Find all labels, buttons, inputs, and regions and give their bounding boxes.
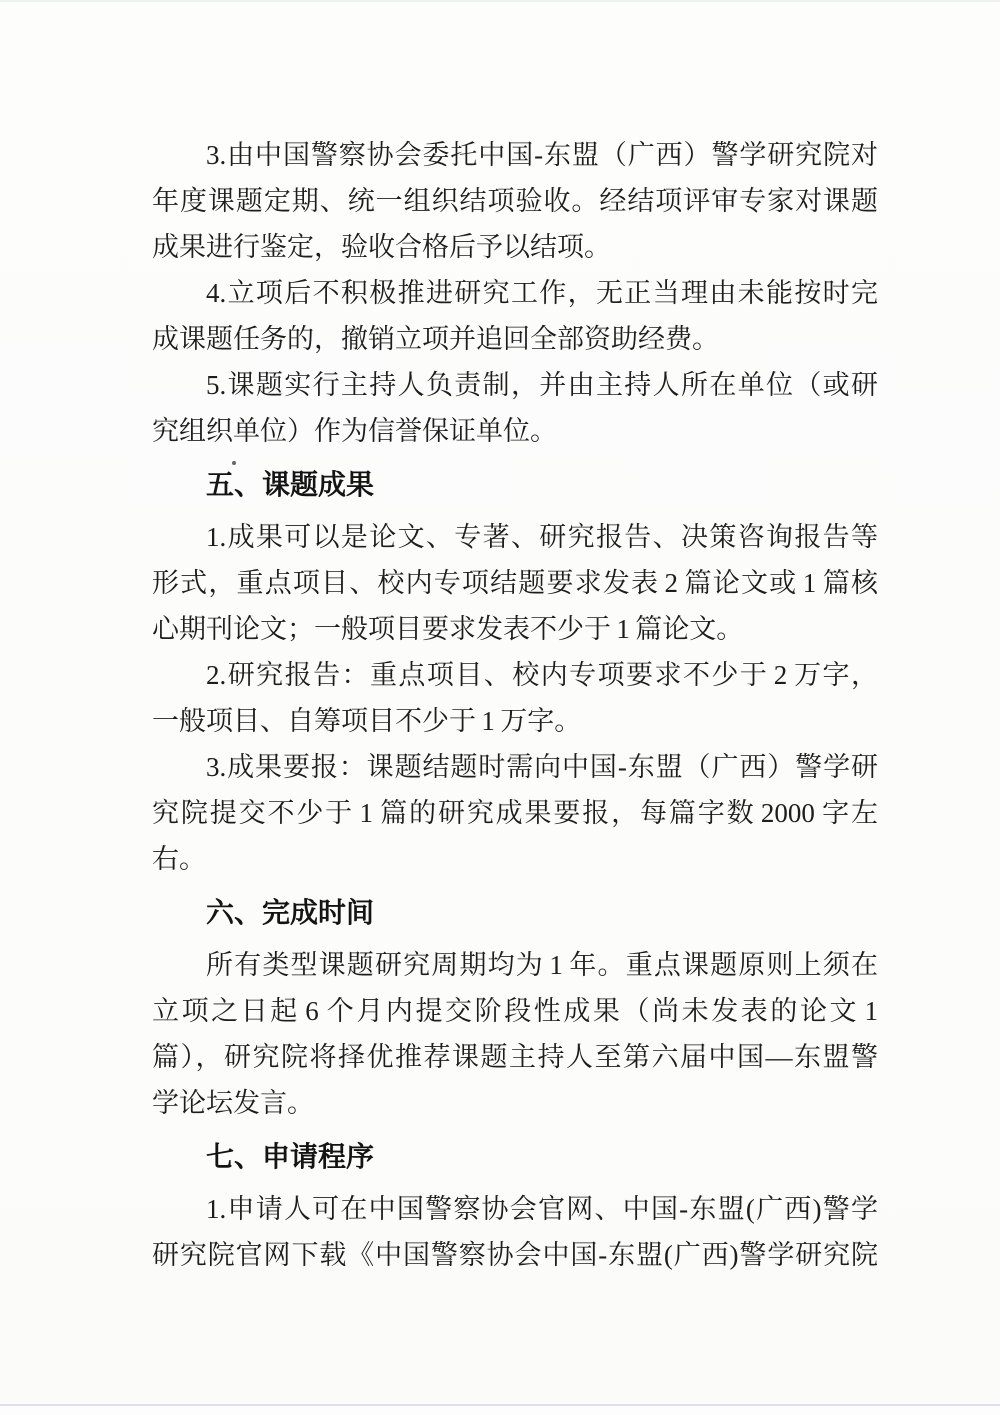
body-line: 篇），研究院将择优推荐课题主持人至第六届中国—东盟警 [152, 1034, 878, 1080]
section-heading-6: 六、完成时间 [152, 890, 878, 936]
body-line: 成果进行鉴定，验收合格后予以结项。 [152, 224, 878, 270]
body-line: 3.成果要报：课题结题时需向中国-东盟（广西）警学研 [152, 744, 878, 790]
body-line: 所有类型课题研究周期均为 1 年。重点课题原则上须在 [152, 942, 878, 988]
body-line: 究院提交不少于 1 篇的研究成果要报，每篇字数 2000 字左 [152, 790, 878, 836]
body-line: 右。 [152, 836, 878, 882]
body-line: 立项之日起 6 个月内提交阶段性成果（尚未发表的论文 1 [152, 988, 878, 1034]
body-line: 形式，重点项目、校内专项结题要求发表 2 篇论文或 1 篇核 [152, 560, 878, 606]
section-heading-5: 五、课题成果 [152, 462, 878, 508]
body-line: 心期刊论文；一般项目要求发表不少于 1 篇论文。 [152, 606, 878, 652]
body-line: 究组织单位）作为信誉保证单位。 [152, 408, 878, 454]
body-line: 年度课题定期、统一组织结项验收。经结项评审专家对课题 [152, 178, 878, 224]
body-line: 4.立项后不积极推进研究工作，无正当理由未能按时完 [152, 270, 878, 316]
body-line: 1.成果可以是论文、专著、研究报告、决策咨询报告等 [152, 514, 878, 560]
document-body: 3.由中国警察协会委托中国-东盟（广西）警学研究院对 年度课题定期、统一组织结项… [152, 0, 878, 1278]
body-line: 成课题任务的，撤销立项并追回全部资助经费。 [152, 316, 878, 362]
body-line: 学论坛发言。 [152, 1080, 878, 1126]
body-line: 3.由中国警察协会委托中国-东盟（广西）警学研究院对 [152, 132, 878, 178]
body-line: 研究院官网下载《中国警察协会中国-东盟(广西)警学研究院 [152, 1232, 878, 1278]
body-line: 一般项目、自筹项目不少于 1 万字。 [152, 698, 878, 744]
body-line: 2.研究报告：重点项目、校内专项要求不少于 2 万字， [152, 652, 878, 698]
body-line: 1.申请人可在中国警察协会官网、中国-东盟(广西)警学 [152, 1186, 878, 1232]
section-heading-7: 七、申请程序 [152, 1134, 878, 1180]
body-line: 5.课题实行主持人负责制，并由主持人所在单位（或研 [152, 362, 878, 408]
document-page: 3.由中国警察协会委托中国-东盟（广西）警学研究院对 年度课题定期、统一组织结项… [0, 0, 1000, 1415]
scan-speck [232, 461, 236, 465]
scan-edge-below [0, 1406, 1000, 1415]
